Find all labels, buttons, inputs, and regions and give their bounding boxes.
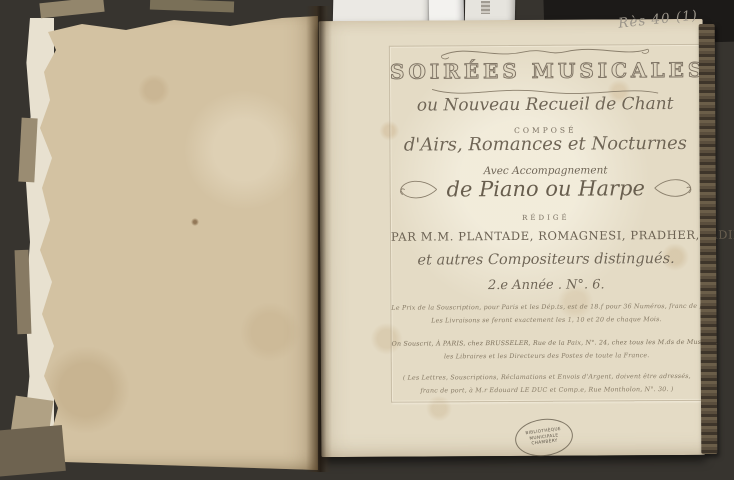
accompaniment-title: de Piano ou Harpe	[446, 176, 644, 201]
fine-print-line: On Souscrit, À PARIS, chez BRUSSELER, Ru…	[392, 339, 702, 348]
subtitle: ou Nouveau Recueil de Chant	[390, 94, 700, 116]
torn-paper-fragment	[39, 0, 104, 18]
engraved-plate: SOIRÉES MUSICALES ou Nouveau Recueil de …	[389, 44, 703, 403]
flourish-left-icon	[396, 176, 438, 202]
flourish-right-icon	[653, 175, 695, 201]
page-title: SOIRÉES MUSICALES	[390, 58, 700, 84]
authors-line2: et autres Compositeurs distingués.	[391, 251, 701, 269]
edition-line: 2.e Année . N°. 6.	[391, 277, 701, 294]
bookmark-stamp-mark	[481, 1, 490, 14]
fine-print-line: les Libraires et les Directeurs des Post…	[392, 352, 702, 361]
redige-label: RÉDIGÉ	[391, 213, 701, 223]
fine-print-line: ( Les Lettres, Souscriptions, Réclamatio…	[392, 373, 702, 382]
fine-print-line: Les Livraisons se feront exactement les …	[391, 316, 701, 325]
book-fore-edge	[699, 24, 718, 454]
torn-paper-fragment	[0, 425, 66, 477]
torn-paper-fragment	[150, 0, 234, 12]
accompaniment-row: de Piano ou Harpe	[391, 175, 701, 203]
contents-line: d'Airs, Romances et Nocturnes	[390, 133, 700, 156]
left-blank-page	[34, 10, 318, 470]
fine-print-line: Le Prix de la Souscription, pour Paris e…	[391, 303, 701, 312]
book-gutter-shadow	[306, 6, 332, 472]
torn-paper-fragment	[18, 118, 37, 183]
torn-paper-fragment	[15, 250, 32, 334]
title-page: SOIRÉES MUSICALES ou Nouveau Recueil de …	[319, 19, 706, 457]
authors-line: PAR M.M. PLANTADE, ROMAGNESI, PRADHER, J…	[391, 228, 701, 244]
fine-print-line: franc de port, à M.r Edouard LE DUC et C…	[392, 386, 702, 395]
photo-backdrop: SOIRÉES MUSICALES ou Nouveau Recueil de …	[0, 0, 734, 480]
